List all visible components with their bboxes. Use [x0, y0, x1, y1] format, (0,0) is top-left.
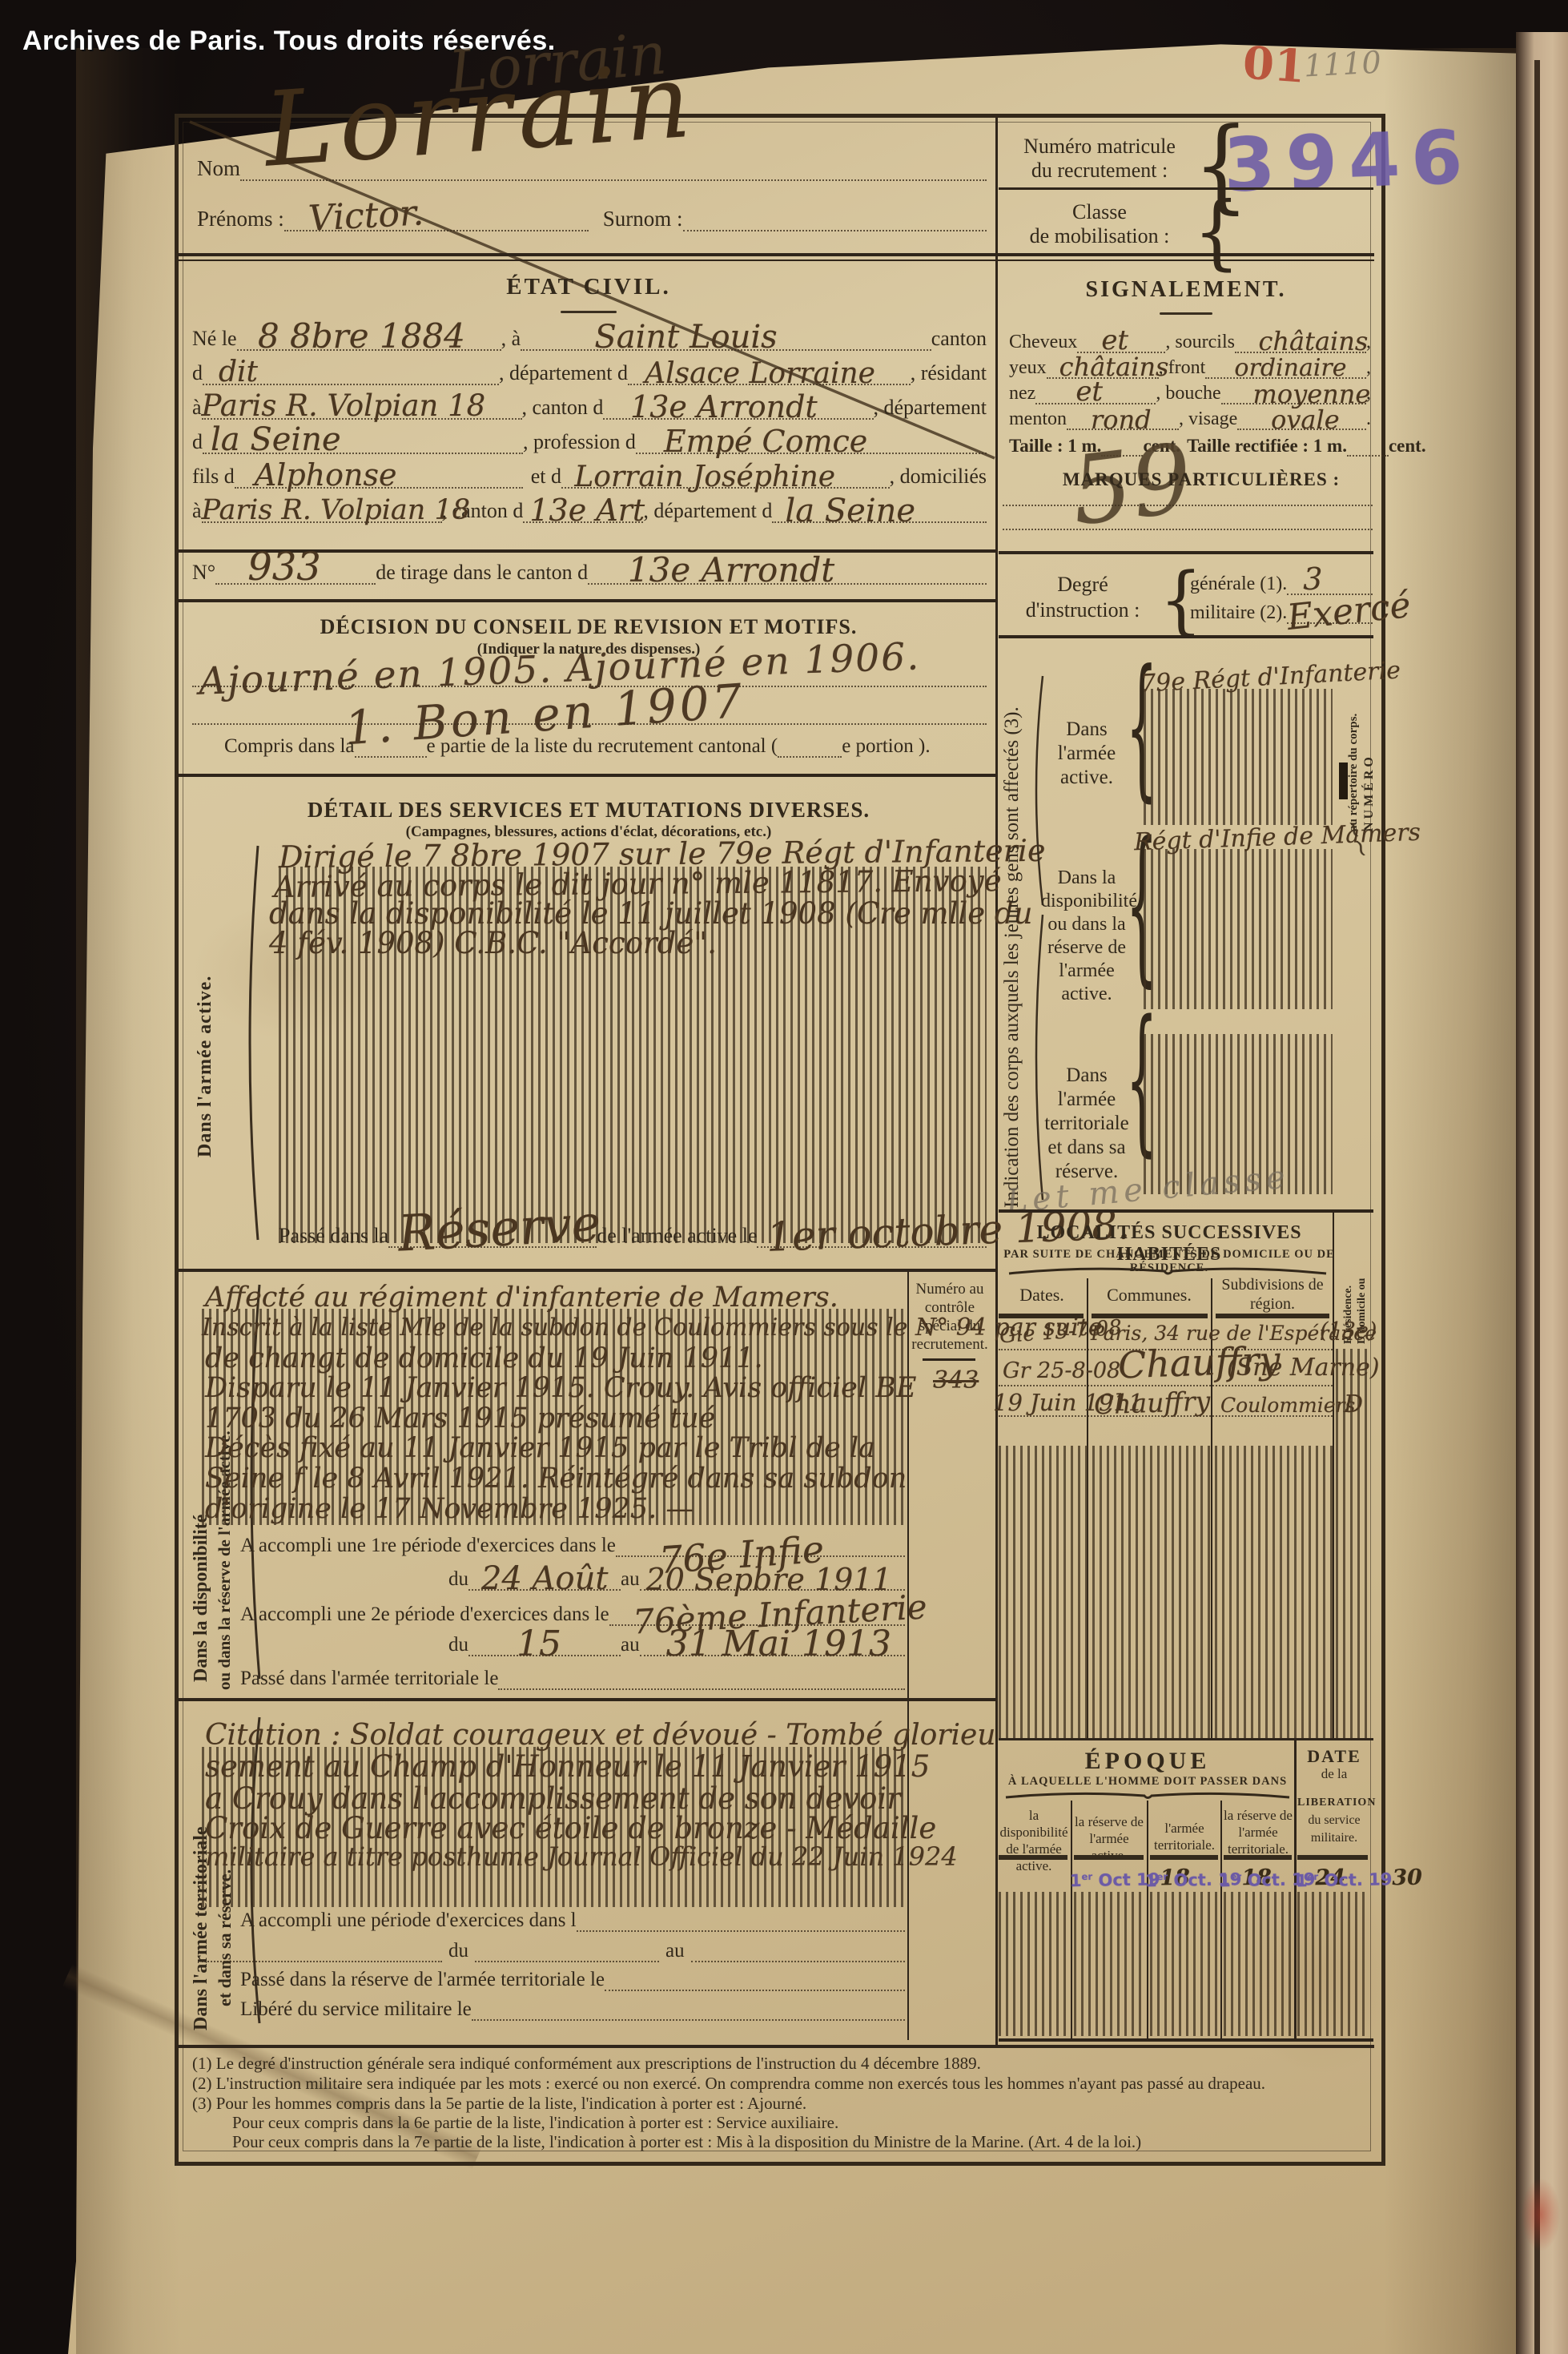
scanned-register-page: Archives de Paris. Tous droits réservés.…	[0, 0, 1568, 2354]
corps-group1-label: Dans l'armée active.	[1043, 718, 1131, 790]
ec-row-1: Né le 8 8bre 1884 , à Saint Louis canton	[192, 327, 987, 351]
corps-numero-label: au répertoire du corps. NUMÉRO	[1347, 663, 1377, 831]
corps-side-label: Indication des corps auxquels les jeunes…	[1001, 657, 1023, 1208]
dotted	[475, 1960, 659, 1962]
passe-territoriale-field	[498, 1688, 905, 1690]
profession-value: Empé Comce	[664, 424, 867, 459]
taille-rect-label: Taille rectifiée : 1 m.	[1180, 436, 1347, 457]
block3-hand-5: militaire a titre posthume Journal Offic…	[205, 1841, 958, 1872]
domicile-field: Paris R. Volpian 18	[202, 521, 442, 523]
ep-date-label: DATE de la LIBERATION du service militai…	[1297, 1748, 1371, 1847]
canton2-value: 13e Arrondt	[630, 389, 818, 425]
libere-row: Libéré du service militaire le	[240, 1998, 905, 2021]
passe-reserve-terr-field	[605, 1989, 905, 1991]
du-label: du	[442, 1940, 475, 1962]
passe-territoriale-label: Passé dans l'armée territoriale le	[240, 1668, 498, 1690]
compris-label-3: e portion ).	[842, 735, 930, 758]
ec-row-5: fils d Alphonse et d Lorrain Joséphine ,…	[192, 465, 987, 489]
matricule-number: 3946	[1222, 115, 1475, 209]
fils-d-label: fils d	[192, 465, 235, 489]
ne-le-value: 8 8bre 1884	[258, 316, 465, 356]
passe-reserve-row: Passé dans la Réserve de l'armée active …	[279, 1224, 987, 1248]
periode2-au-field: 31 Mai 1913	[640, 1654, 905, 1656]
et-d-label: et d	[523, 465, 561, 489]
a3-label: à	[192, 499, 202, 523]
footnote-divider	[178, 2045, 1374, 2048]
title-ornament	[1160, 312, 1212, 315]
black-tick	[1339, 763, 1348, 799]
divider	[999, 187, 1373, 190]
front-value: ordinaire	[1234, 354, 1346, 382]
classe-brace: {	[1193, 185, 1240, 280]
compris-field-1	[355, 755, 427, 758]
ep-empty-rows	[1150, 1892, 1218, 2036]
periode1-label: A accompli une 1re période d'exercices d…	[240, 1535, 616, 1557]
canton-label: canton	[931, 327, 987, 351]
ep-header-bar	[1297, 1855, 1368, 1860]
block1-hand-4: 4 fév. 1908) C.B.C. "Accordé".	[269, 926, 717, 960]
dept-label: , département d	[499, 361, 628, 385]
nez-value: et	[1075, 376, 1103, 408]
periode-terr-label: A accompli une période d'exercices dans …	[240, 1909, 577, 1932]
periode1-field: 76e Infie	[616, 1555, 905, 1557]
dotted	[691, 1960, 905, 1962]
loc-empty-rows	[999, 1446, 1333, 1739]
prenoms-row: Prénoms : Victor. Surnom :	[197, 207, 987, 231]
loc-r3-commune: Chauffry	[1093, 1385, 1211, 1420]
ep-empty-rows	[999, 1892, 1067, 2036]
degre-militaire-row: militaire (2). Exercé	[1190, 602, 1373, 624]
period: .	[1366, 408, 1371, 430]
services-title: DÉTAIL DES SERVICES ET MUTATIONS DIVERSE…	[192, 798, 985, 823]
tirage-value: 13e Arrondt	[628, 550, 834, 590]
visage-field: ovale	[1237, 428, 1366, 430]
loc-r2-subdivision: (Sne Marne)	[1227, 1354, 1380, 1382]
divider	[999, 1209, 1373, 1213]
periode1-dates-row: du 24 Août au 20 Sepbre 1911	[448, 1568, 905, 1591]
loc-header-communes: Communes.	[1089, 1285, 1209, 1306]
periode2-dates-row: du 15 au 31 Mai 1913	[448, 1634, 905, 1656]
dotted	[202, 1960, 442, 1962]
divider	[999, 551, 1373, 554]
degre-label: Degré d'instruction :	[1011, 572, 1155, 623]
block2-hand-4: Disparu le 11 Janvier 1915. Crouy. Avis …	[205, 1372, 916, 1404]
passe-prefix: Passé dans la	[279, 1224, 388, 1248]
canton-d-label: , canton d	[522, 396, 604, 420]
au-label: au	[621, 1568, 640, 1591]
periode-terr-field	[577, 1929, 905, 1932]
degre-brace: {	[1160, 557, 1202, 643]
controle-number: 343	[933, 1366, 979, 1394]
dept3-value: la Seine	[211, 421, 341, 458]
tirage-label: de tirage dans le canton d	[376, 561, 588, 585]
ep-col-divider-1	[1071, 1801, 1072, 2039]
domicile-value: Paris R. Volpian 18	[202, 494, 470, 526]
canton-field: dit	[203, 383, 499, 385]
title-ornament	[561, 311, 617, 313]
dept-d2-label: , département d	[643, 499, 772, 523]
loc-header-bar	[999, 1314, 1084, 1318]
dotted-line	[192, 723, 987, 725]
divider	[178, 774, 995, 777]
compris-label-1: Compris dans la	[224, 735, 355, 758]
ep-col1-label: la disponibilité de l'armée active.	[999, 1807, 1069, 1874]
footnote-2: (2) L'instruction militaire sera indiqué…	[192, 2074, 1369, 2094]
corps-group2-lines	[1144, 849, 1333, 1009]
loc-r1-subdivision: (13e)	[1320, 1318, 1377, 1343]
bouche-label: , bouche	[1156, 383, 1220, 404]
divider	[178, 1698, 995, 1701]
periode2-du-value: 15	[517, 1624, 561, 1664]
periode2-du-field: 15	[468, 1654, 621, 1656]
red-smudge	[1522, 2179, 1560, 2251]
numero-value: 933	[247, 545, 321, 590]
footnote-1: (1) Le degré d'instruction générale sera…	[192, 2054, 1369, 2074]
du-label: du	[448, 1634, 468, 1656]
periode1-du-value: 24 Août	[481, 1560, 608, 1597]
du-label: du	[448, 1568, 468, 1591]
footnote-3: (3) Pour les hommes compris dans la 5e p…	[192, 2094, 1369, 2114]
profession-label: , profession d	[523, 430, 636, 454]
ep-empty-rows	[1224, 1892, 1292, 2036]
lieu-value: Saint Louis	[594, 319, 777, 356]
prenoms-field: Victor.	[284, 229, 589, 231]
passe-reserve-value: Réserve	[396, 1193, 602, 1262]
ep-col3-label: l'armée territoriale.	[1150, 1820, 1219, 1853]
ec-row-3: à Paris R. Volpian 18 , canton d 13e Arr…	[192, 396, 987, 420]
periode-terr-row: A accompli une période d'exercices dans …	[240, 1909, 905, 1932]
passe-reserve-terr-row: Passé dans la réserve de l'armée territo…	[240, 1969, 905, 1991]
canton3-value: 13e Art	[529, 493, 645, 528]
numero-repertoire-sub: au répertoire du corps.	[1347, 663, 1361, 831]
nom-label: Nom	[197, 156, 240, 181]
loc-r2-date: Gr 25-8-08	[1003, 1358, 1120, 1383]
pere-value: Alphonse	[255, 457, 397, 493]
taille-rect-field	[1347, 454, 1389, 457]
marques-label: MARQUES PARTICULIÈRES :	[1041, 469, 1361, 490]
periode1-row: A accompli une 1re période d'exercices d…	[240, 1535, 905, 1557]
classe-label: Classe de mobilisation :	[1007, 200, 1192, 248]
column-divider	[995, 118, 998, 2046]
lieu-field: Saint Louis	[521, 348, 931, 351]
passe-territoriale-row: Passé dans l'armée territoriale le	[240, 1668, 905, 1690]
taille-row: Taille : 1 m. cent. Taille rectifiée : 1…	[1009, 436, 1371, 457]
epoque-ornament	[1004, 1789, 1291, 1801]
visage-value: ovale	[1271, 404, 1340, 435]
loc-header-dates: Dates.	[999, 1285, 1085, 1306]
ec-row-6: à Paris R. Volpian 18 , canton d 13e Art…	[192, 499, 987, 523]
ep-col-divider-3	[1220, 1801, 1222, 2039]
block1-brace	[240, 843, 259, 1243]
ep-header-bar	[999, 1855, 1067, 1860]
d-label: d	[192, 361, 203, 385]
tirage-row: N° 933 de tirage dans le canton d 13e Ar…	[192, 561, 987, 585]
matricule-label: Numéro matricule du recrutement :	[1007, 135, 1192, 183]
periode-terr-dates-row: du au	[202, 1940, 905, 1962]
canton-value: dit	[219, 356, 258, 388]
compris-field-2	[778, 755, 842, 758]
surnom-field	[683, 229, 987, 231]
a2-label: à	[192, 396, 202, 420]
corps-group1-lines	[1144, 689, 1333, 825]
canton3-field: 13e Art	[523, 521, 643, 523]
compris-label-2: e partie de la liste du recrutement cant…	[427, 735, 778, 758]
residence-field: Paris R. Volpian 18	[202, 417, 522, 420]
generale-label: générale (1).	[1190, 573, 1287, 595]
dept4-value: la Seine	[785, 493, 915, 529]
ep-col-divider-2	[1147, 1801, 1148, 2039]
loc-dr-divider	[1333, 1212, 1334, 1740]
sourcils-field: châtains	[1235, 351, 1366, 353]
militaire-label: militaire (2).	[1190, 602, 1287, 624]
libere-field	[472, 2018, 905, 2021]
sourcils-label: , sourcils	[1165, 332, 1235, 353]
ep-empty-rows	[1074, 1892, 1144, 2036]
ep-bottom-border	[999, 2038, 1373, 2042]
yeux-label: yeux	[1009, 357, 1047, 379]
libere-label: Libéré du service militaire le	[240, 1998, 472, 2021]
ep-header-bar	[1224, 1855, 1292, 1860]
ep-empty-rows	[1297, 1892, 1368, 2036]
dept3-field: la Seine	[203, 452, 523, 454]
ep-header-bar	[1150, 1855, 1218, 1860]
footnote-5: Pour ceux compris dans la 7e partie de l…	[232, 2132, 1369, 2152]
block2-hand-5: 1703 du 26 Mars 1915 présumé tué	[205, 1402, 715, 1435]
corps-group3-label: Dans l'armée territoriale et dans sa rés…	[1041, 1064, 1132, 1184]
generale-value: 3	[1303, 561, 1322, 597]
stamp-hand-digits: 30	[1392, 1865, 1422, 1891]
comma: ,	[1366, 357, 1371, 379]
menton-label: menton	[1009, 408, 1067, 430]
name-bottom-border2	[178, 260, 1374, 261]
ne-le-label: Né le	[192, 327, 237, 351]
visage-label: , visage	[1179, 408, 1237, 430]
block2-hand-7: Seine f le 8 Avril 1921. Réintégré dans …	[205, 1463, 907, 1495]
epoque-title: ÉPOQUE	[1001, 1748, 1294, 1775]
ne-le-field: 8 8bre 1884	[237, 348, 501, 351]
block3-hand-1: Citation : Soldat courageux et dévoué - …	[205, 1719, 995, 1752]
residant-label: , résidant	[911, 361, 987, 385]
passe-reserve-terr-label: Passé dans la réserve de l'armée territo…	[240, 1969, 605, 1991]
dept2-label: , département	[874, 396, 987, 420]
loc-header-subdivisions: Subdivisions de région.	[1214, 1275, 1331, 1314]
sourcils-value: châtains	[1259, 326, 1369, 356]
cheveux-label: Cheveux	[1009, 332, 1077, 353]
mere-value: Lorrain Joséphine	[574, 461, 835, 493]
au-label: au	[621, 1634, 640, 1656]
ep-header-bar	[1074, 1855, 1144, 1860]
name-bottom-border	[178, 253, 1374, 256]
d2-label: d	[192, 430, 203, 454]
footnote-4: Pour ceux compris dans la 6e partie de l…	[232, 2113, 1369, 2133]
divider	[999, 635, 1373, 638]
numero-field: 933	[215, 582, 376, 585]
signalement-title: SIGNALEMENT.	[1001, 277, 1371, 303]
ec-row-4: d la Seine , profession d Empé Comce	[192, 430, 987, 454]
ep-stamp-date: 1er Oct. 1930	[1296, 1865, 1422, 1893]
controle-rule	[923, 1358, 975, 1361]
residence-value: Paris R. Volpian 18	[202, 388, 486, 423]
dept-value: Alsace Lorraine	[645, 357, 875, 390]
decision-title: DÉCISION DU CONSEIL DE REVISION ET MOTIF…	[192, 615, 985, 639]
surnom-label: Surnom :	[589, 207, 683, 231]
passe-mid: de l'armée active le	[597, 1224, 757, 1248]
diagonal-pen-stroke	[0, 0, 1568, 641]
nez-label: nez	[1009, 383, 1035, 404]
divider	[178, 599, 995, 602]
block2-hand-6: Décès fixé au 11 Janvier 1915 par le Tri…	[205, 1432, 875, 1464]
dept4-field: la Seine	[772, 521, 987, 523]
ec-row-2: d dit , département d Alsace Lorraine , …	[192, 361, 987, 385]
divider	[178, 1269, 995, 1272]
sig-row-3: nez et , bouche moyenne ,	[1009, 383, 1371, 404]
prenoms-label: Prénoms :	[197, 207, 284, 231]
loc-r3-dr: D	[1344, 1390, 1363, 1418]
divider	[999, 1738, 1373, 1740]
mere-field: Lorrain Joséphine	[561, 486, 890, 489]
canton2-field: 13e Arrondt	[603, 417, 873, 420]
compris-row: Compris dans la e partie de la liste du …	[224, 735, 953, 758]
passe-reserve-field: Réserve	[388, 1245, 597, 1248]
block2-hand-1: Affecté au régiment d'infanterie de Mame…	[205, 1282, 838, 1314]
a-label: , à	[501, 327, 521, 351]
numero-label: N°	[192, 561, 215, 585]
etat-civil-title: ÉTAT CIVIL.	[192, 274, 985, 300]
au-label: au	[659, 1940, 691, 1962]
block3-hand-2: sement au Champ d'Honneur le 11 Janvier …	[205, 1749, 930, 1784]
block1-side-label: Dans l'armée active.	[195, 877, 216, 1157]
numero-repertoire-main: NUMÉRO	[1362, 663, 1377, 831]
dept-field: Alsace Lorraine	[628, 383, 911, 385]
periode1-du-field: 24 Août	[468, 1588, 621, 1591]
domicilies-label: , domiciliés	[890, 465, 987, 489]
dotted-line	[1003, 505, 1373, 506]
sig-row-1: Cheveux et , sourcils châtains ,	[1009, 332, 1371, 353]
prenoms-value: Victor.	[308, 192, 425, 239]
corps-group2-label: Dans la disponibilité ou dans la réserve…	[1041, 867, 1132, 1006]
periode2-label: A accompli une 2e période d'exercices da…	[240, 1604, 609, 1626]
epoque-subtitle: À LAQUELLE L'HOMME DOIT PASSER DANS	[1001, 1775, 1294, 1789]
block2-hand-8: d'origine le 17 Novembre 1925. —	[205, 1493, 694, 1525]
cent-label: cent.	[1389, 436, 1426, 457]
sig-row-4: menton rond , visage ovale .	[1009, 408, 1371, 430]
dotted-line	[1003, 529, 1373, 530]
ep-col4-label: la réserve de l'armée territoriale.	[1224, 1807, 1293, 1857]
tirage-field: 13e Arrondt	[588, 582, 987, 585]
pere-field: Alphonse	[235, 486, 523, 489]
profession-field: Empé Comce	[636, 452, 987, 454]
loc-header-bar	[1216, 1314, 1329, 1318]
loc-r3-subdivision: Coulommiers	[1220, 1394, 1355, 1417]
block2-hand-2: Inscrit à la liste Mle de la subdon de C…	[202, 1314, 1103, 1342]
sig-row-2: yeux châtains , front ordinaire ,	[1009, 357, 1371, 379]
block3-hand-4: Croix de Guerre avec étoile de bronze - …	[205, 1811, 936, 1845]
passe-date-field: 1er octobre 1908.	[757, 1245, 987, 1248]
periode2-row: A accompli une 2e période d'exercices da…	[240, 1604, 905, 1626]
militaire-field: Exercé	[1287, 622, 1373, 624]
block2-hand-3: de changt de domicile du 19 Juin 1911.	[205, 1342, 763, 1374]
periode2-au-value: 31 Mai 1913	[666, 1624, 891, 1664]
